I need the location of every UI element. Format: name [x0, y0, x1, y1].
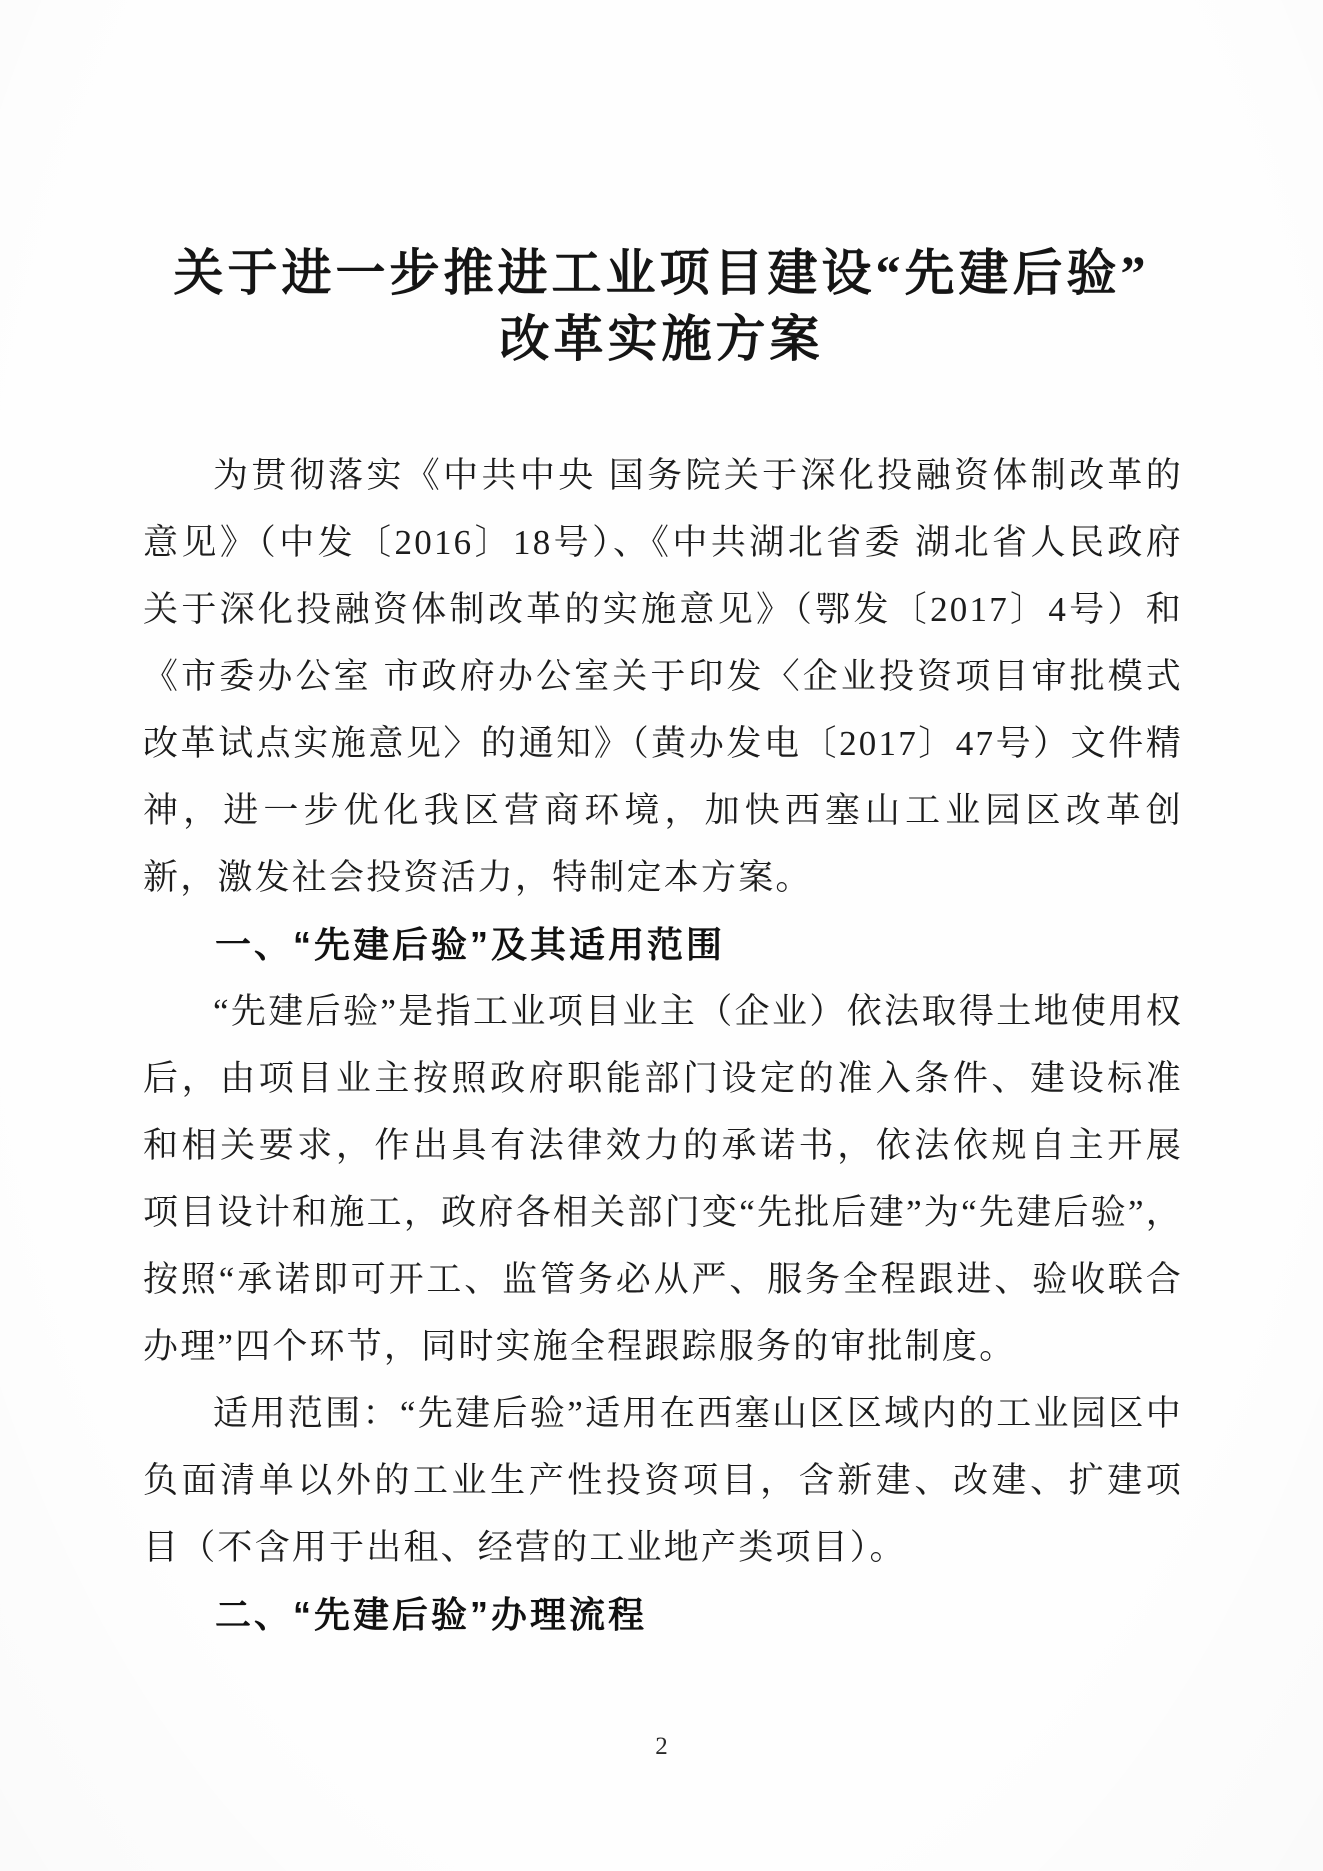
- document-page: 关于进一步推进工业项目建设“先建后验” 改革实施方案 为贯彻落实《中共中央 国务…: [0, 0, 1323, 1871]
- document-title-line-2: 改革实施方案: [100, 306, 1223, 372]
- paragraph-preamble: 为贯彻落实《中共中央 国务院关于深化投融资体制改革的意见》（中发〔2016〕18…: [143, 442, 1183, 911]
- page-number: 2: [0, 1733, 1323, 1761]
- paragraph-definition: “先建后验”是指工业项目业主（企业）依法取得土地使用权后，由项目业主按照政府职能…: [143, 978, 1183, 1380]
- section-heading-1: 一、“先建后验”及其适用范围: [143, 911, 1183, 978]
- document-title: 关于进一步推进工业项目建设“先建后验” 改革实施方案: [0, 0, 1323, 372]
- document-body: 为贯彻落实《中共中央 国务院关于深化投融资体制改革的意见》（中发〔2016〕18…: [0, 372, 1323, 1648]
- paragraph-scope: 适用范围：“先建后验”适用在西塞山区区域内的工业园区中负面清单以外的工业生产性投…: [143, 1380, 1183, 1581]
- section-heading-2: 二、“先建后验”办理流程: [143, 1581, 1183, 1648]
- document-title-line-1: 关于进一步推进工业项目建设“先建后验”: [100, 240, 1223, 306]
